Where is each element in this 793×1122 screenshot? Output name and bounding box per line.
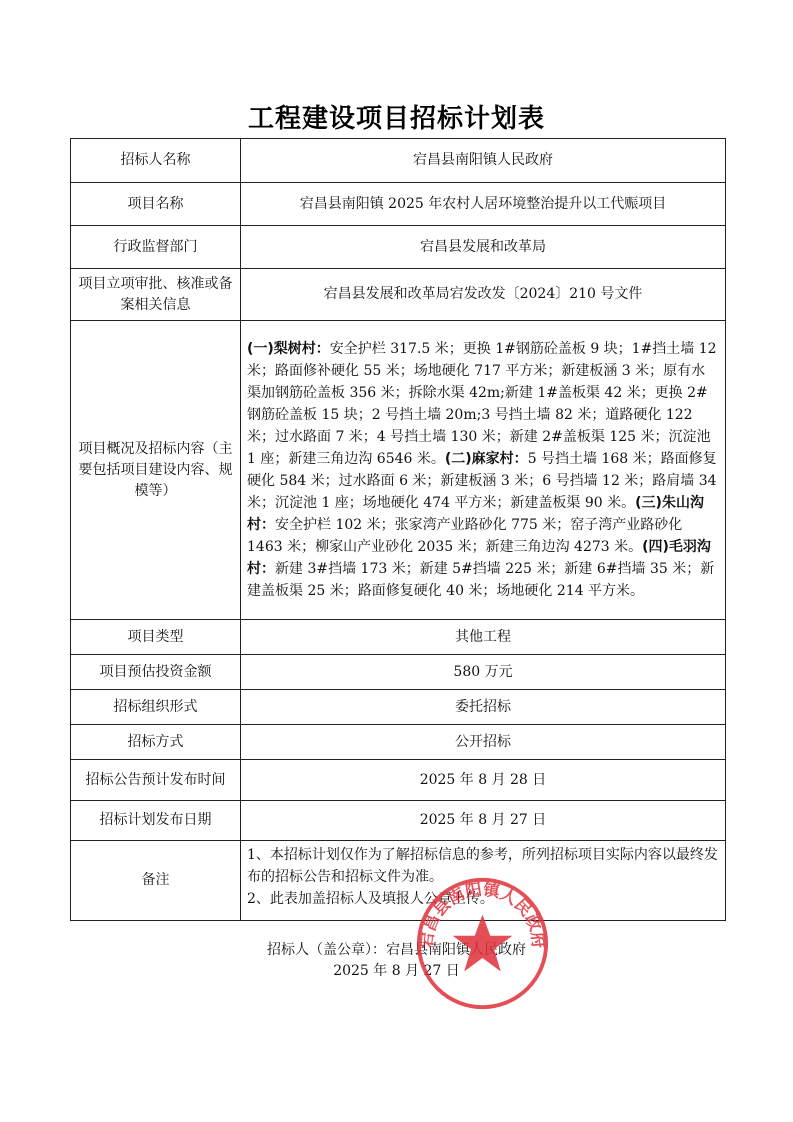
row-value: 宕昌县发展和改革局宕发改发〔2024〕210 号文件 xyxy=(241,269,726,321)
row-value: 2025 年 8 月 28 日 xyxy=(241,760,726,801)
signature-date: 2025 年 8 月 27 日 xyxy=(0,961,793,981)
table-row: 招标方式 公开招标 xyxy=(71,725,726,760)
table-row: 招标计划发布日期 2025 年 8 月 27 日 xyxy=(71,801,726,841)
row-value: 宕昌县南阳镇 2025 年农村人居环境整治提升以工代赈项目 xyxy=(241,183,726,226)
table-row: 项目概况及招标内容（主要包括项目建设内容、规模等） (一)梨树村：安全护栏 31… xyxy=(71,321,726,620)
row-value: 宕昌县南阳镇人民政府 xyxy=(241,139,726,183)
row-label: 招标组织形式 xyxy=(71,690,241,725)
document-title: 工程建设项目招标计划表 xyxy=(0,98,793,135)
row-value: 其他工程 xyxy=(241,620,726,655)
table-row: 项目立项审批、核准或备案相关信息 宕昌县发展和改革局宕发改发〔2024〕210 … xyxy=(71,269,726,321)
bidding-plan-table: 招标人名称 宕昌县南阳镇人民政府 项目名称 宕昌县南阳镇 2025 年农村人居环… xyxy=(70,138,726,921)
row-label: 项目立项审批、核准或备案相关信息 xyxy=(71,269,241,321)
row-value: 宕昌县发展和改革局 xyxy=(241,226,726,269)
row-label: 项目类型 xyxy=(71,620,241,655)
row-label: 招标计划发布日期 xyxy=(71,801,241,841)
row-label: 项目名称 xyxy=(71,183,241,226)
official-seal-icon: 宕昌县南阳镇人民政府 xyxy=(415,876,550,1011)
row-label: 招标人名称 xyxy=(71,139,241,183)
section-text: 安全护栏 102 米；张家湾产业路砂化 775 米；窑子湾产业路砂化 1463 … xyxy=(247,517,682,555)
signature-line: 招标人（盖公章）：宕昌县南阳镇人民政府 xyxy=(0,940,793,960)
table-row: 项目名称 宕昌县南阳镇 2025 年农村人居环境整治提升以工代赈项目 xyxy=(71,183,726,226)
section-text: 新建 3#挡墙 173 米；新建 5#挡墙 225 米；新建 6#挡墙 35 米… xyxy=(247,561,714,599)
section-heading: (一)梨树村： xyxy=(247,341,330,357)
section-heading: (二)麻家村： xyxy=(445,451,528,467)
row-label: 行政监督部门 xyxy=(71,226,241,269)
table-row: 招标公告预计发布时间 2025 年 8 月 28 日 xyxy=(71,760,726,801)
table-row: 项目类型 其他工程 xyxy=(71,620,726,655)
row-label: 项目概况及招标内容（主要包括项目建设内容、规模等） xyxy=(71,321,241,620)
table-row: 行政监督部门 宕昌县发展和改革局 xyxy=(71,226,726,269)
row-label: 备注 xyxy=(71,841,241,921)
section-text: 安全护栏 317.5 米；更换 1#钢筋砼盖板 9 块；1#挡土墙 12 米；路… xyxy=(247,341,717,467)
table-row: 项目预估投资金额 580 万元 xyxy=(71,655,726,690)
row-label: 项目预估投资金额 xyxy=(71,655,241,690)
table-row: 招标人名称 宕昌县南阳镇人民政府 xyxy=(71,139,726,183)
table-row: 备注 1、本招标计划仅作为了解招标信息的参考，所列招标项目实际内容以最终发布的招… xyxy=(71,841,726,921)
row-label: 招标方式 xyxy=(71,725,241,760)
row-value: 公开招标 xyxy=(241,725,726,760)
project-overview-content: (一)梨树村：安全护栏 317.5 米；更换 1#钢筋砼盖板 9 块；1#挡土墙… xyxy=(241,321,726,620)
row-label: 招标公告预计发布时间 xyxy=(71,760,241,801)
row-value: 580 万元 xyxy=(241,655,726,690)
table-row: 招标组织形式 委托招标 xyxy=(71,690,726,725)
row-value: 2025 年 8 月 27 日 xyxy=(241,801,726,841)
row-value: 委托招标 xyxy=(241,690,726,725)
